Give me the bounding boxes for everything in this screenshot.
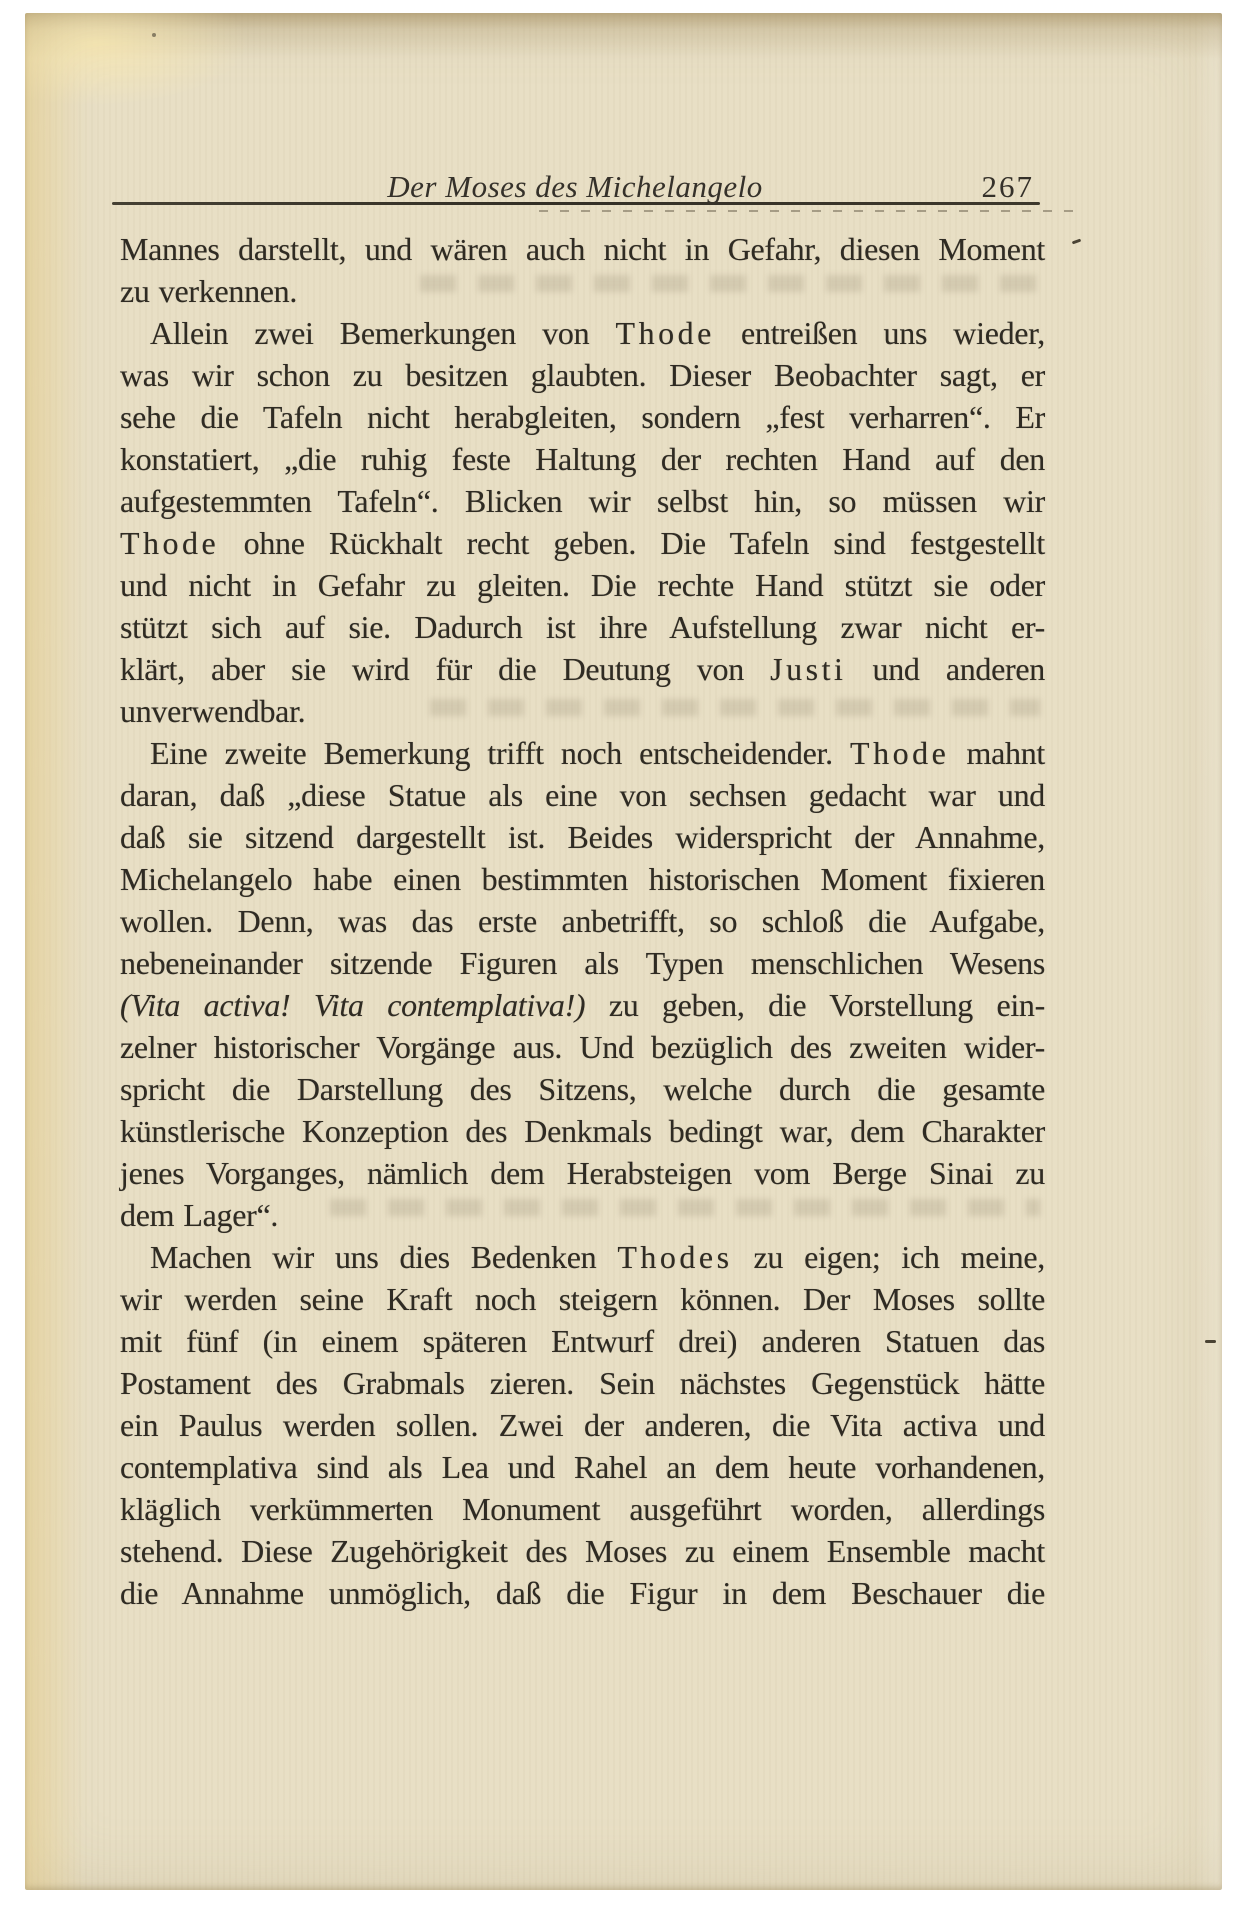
- text-segment: mit fünf (in einem späteren Entwurf drei…: [120, 1323, 1045, 1359]
- text-segment: zu verkennen.: [120, 273, 297, 309]
- text-line: Mannes darstellt, und wären auch nicht i…: [120, 228, 1045, 270]
- text-segment-italic: (Vita activa! Vita contemplativa!): [120, 987, 585, 1023]
- text-segment-spaced: Thode: [850, 735, 949, 771]
- text-line: Postament des Grabmals zieren. Sein näch…: [120, 1362, 1045, 1404]
- text-segment: zu geben, die Vorstellung ein-: [585, 987, 1045, 1023]
- ink-speck: [1072, 239, 1081, 245]
- text-segment: kläglich verkümmerten Monument ausgeführ…: [120, 1491, 1045, 1527]
- paragraph: Eine zweite Bemerkung trifft noch entsch…: [120, 732, 1045, 1236]
- text-line: zelner historischer Vorgänge aus. Und be…: [120, 1026, 1045, 1068]
- text-segment: ohne Rückhalt recht geben. Die Tafeln si…: [219, 525, 1045, 561]
- text-segment: aufgestemmten Tafeln“. Blicken wir selbs…: [120, 483, 1045, 519]
- text-segment: spricht die Darstellung des Sitzens, wel…: [120, 1071, 1045, 1107]
- text-segment: künstlerische Konzeption des Denkmals be…: [120, 1113, 1045, 1149]
- text-segment: sehe die Tafeln nicht herabgleiten, sond…: [120, 399, 1045, 435]
- text-line: wollen. Denn, was das erste anbetrifft, …: [120, 900, 1045, 942]
- text-line: sehe die Tafeln nicht herabgleiten, sond…: [120, 396, 1045, 438]
- text-line: stützt sich auf sie. Dadurch ist ihre Au…: [120, 606, 1045, 648]
- text-segment: und anderen: [846, 651, 1045, 687]
- text-line: stehend. Diese Zugehörigkeit des Moses z…: [120, 1530, 1045, 1572]
- text-segment-spaced: Thode: [616, 315, 715, 351]
- text-segment: was wir schon zu besitzen glaubten. Dies…: [120, 357, 1045, 393]
- paragraph: Mannes darstellt, und wären auch nicht i…: [120, 228, 1045, 312]
- text-segment: und nicht in Gefahr zu gleiten. Die rech…: [120, 567, 1045, 603]
- text-segment: stehend. Diese Zugehörigkeit des Moses z…: [120, 1533, 1045, 1569]
- text-line: wir werden seine Kraft noch steigern kön…: [120, 1278, 1045, 1320]
- running-head-title: Der Moses des Michelangelo: [355, 169, 795, 205]
- text-segment: daß sie sitzend dargestellt ist. Beides …: [120, 819, 1045, 855]
- bleedthrough-smudge: [330, 1199, 1040, 1216]
- text-segment: stützt sich auf sie. Dadurch ist ihre Au…: [120, 609, 1045, 645]
- text-segment: mahnt: [949, 735, 1045, 771]
- text-segment: Postament des Grabmals zieren. Sein näch…: [120, 1365, 1045, 1401]
- text-segment: dem Lager“.: [120, 1197, 278, 1233]
- text-line: spricht die Darstellung des Sitzens, wel…: [120, 1068, 1045, 1110]
- book-page: Der Moses des Michelangelo 267 Mannes da…: [25, 13, 1222, 1890]
- paragraph: Allein zwei Bemerkungen von Thode entrei…: [120, 312, 1045, 732]
- text-line: klärt, aber sie wird für die Deutung von…: [120, 648, 1045, 690]
- text-segment-spaced: Thodes: [617, 1239, 732, 1275]
- text-segment: konstatiert, „die ruhig feste Haltung de…: [120, 441, 1045, 477]
- text-segment: Allein zwei Bemerkungen von: [150, 315, 616, 351]
- text-segment: ein Paulus werden sollen. Zwei der ander…: [120, 1407, 1045, 1443]
- text-segment: Eine zweite Bemerkung trifft noch entsch…: [150, 735, 850, 771]
- text-segment: jenes Vorganges, nämlich dem Herabsteige…: [120, 1155, 1045, 1191]
- text-line: daran, daß „diese Statue als eine von se…: [120, 774, 1045, 816]
- text-segment: klärt, aber sie wird für die Deutung von: [120, 651, 770, 687]
- bleedthrough-smudge: [420, 275, 1040, 292]
- text-segment: Mannes darstellt, und wären auch nicht i…: [120, 231, 1045, 267]
- text-line: künstlerische Konzeption des Denkmals be…: [120, 1110, 1045, 1152]
- text-line: und nicht in Gefahr zu gleiten. Die rech…: [120, 564, 1045, 606]
- text-line: Thode ohne Rückhalt recht geben. Die Taf…: [120, 522, 1045, 564]
- header-rule: [112, 202, 1040, 205]
- text-line: jenes Vorganges, nämlich dem Herabsteige…: [120, 1152, 1045, 1194]
- text-line: die Annahme unmöglich, daß die Figur in …: [120, 1572, 1045, 1614]
- text-segment: unverwendbar.: [120, 693, 305, 729]
- text-segment: wollen. Denn, was das erste anbetrifft, …: [120, 903, 1045, 939]
- text-segment: daran, daß „diese Statue als eine von se…: [120, 777, 1045, 813]
- text-segment: die Annahme unmöglich, daß die Figur in …: [120, 1575, 1045, 1611]
- text-segment: Michelangelo habe einen bestimmten histo…: [120, 861, 1045, 897]
- text-line: nebeneinander sitzende Figuren als Typen…: [120, 942, 1045, 984]
- text-line: Michelangelo habe einen bestimmten histo…: [120, 858, 1045, 900]
- text-segment-spaced: Thode: [120, 525, 219, 561]
- paragraph: Machen wir uns dies Bedenken Thodes zu e…: [120, 1236, 1045, 1614]
- text-segment: zelner historischer Vorgänge aus. Und be…: [120, 1029, 1045, 1065]
- text-line: contemplativa sind als Lea und Rahel an …: [120, 1446, 1045, 1488]
- text-line: konstatiert, „die ruhig feste Haltung de…: [120, 438, 1045, 480]
- text-segment: wir werden seine Kraft noch steigern kön…: [120, 1281, 1045, 1317]
- text-line: Allein zwei Bemerkungen von Thode entrei…: [120, 312, 1045, 354]
- text-line: (Vita activa! Vita contemplativa!) zu ge…: [120, 984, 1045, 1026]
- text-line: kläglich verkümmerten Monument ausgeführ…: [120, 1488, 1045, 1530]
- ink-speck: [152, 33, 156, 37]
- text-line: Machen wir uns dies Bedenken Thodes zu e…: [120, 1236, 1045, 1278]
- text-segment: zu eigen; ich meine,: [733, 1239, 1045, 1275]
- text-segment: Machen wir uns dies Bedenken: [150, 1239, 617, 1275]
- text-line: ein Paulus werden sollen. Zwei der ander…: [120, 1404, 1045, 1446]
- text-segment: contemplativa sind als Lea und Rahel an …: [120, 1449, 1045, 1485]
- ink-speck: [1205, 1340, 1216, 1343]
- text-block: Mannes darstellt, und wären auch nicht i…: [120, 228, 1045, 1614]
- scan-canvas: Der Moses des Michelangelo 267 Mannes da…: [0, 0, 1244, 1907]
- text-segment: entreißen uns wieder,: [715, 315, 1045, 351]
- bleedthrough-smudge: [430, 699, 1040, 716]
- text-line: aufgestemmten Tafeln“. Blicken wir selbs…: [120, 480, 1045, 522]
- text-line: Eine zweite Bemerkung trifft noch entsch…: [120, 732, 1045, 774]
- text-segment: nebeneinander sitzende Figuren als Typen…: [120, 945, 1045, 981]
- page-number: 267: [982, 169, 1035, 205]
- text-line: was wir schon zu besitzen glaubten. Dies…: [120, 354, 1045, 396]
- text-line: mit fünf (in einem späteren Entwurf drei…: [120, 1320, 1045, 1362]
- text-segment-spaced: Justi: [770, 651, 846, 687]
- text-line: daß sie sitzend dargestellt ist. Beides …: [120, 816, 1045, 858]
